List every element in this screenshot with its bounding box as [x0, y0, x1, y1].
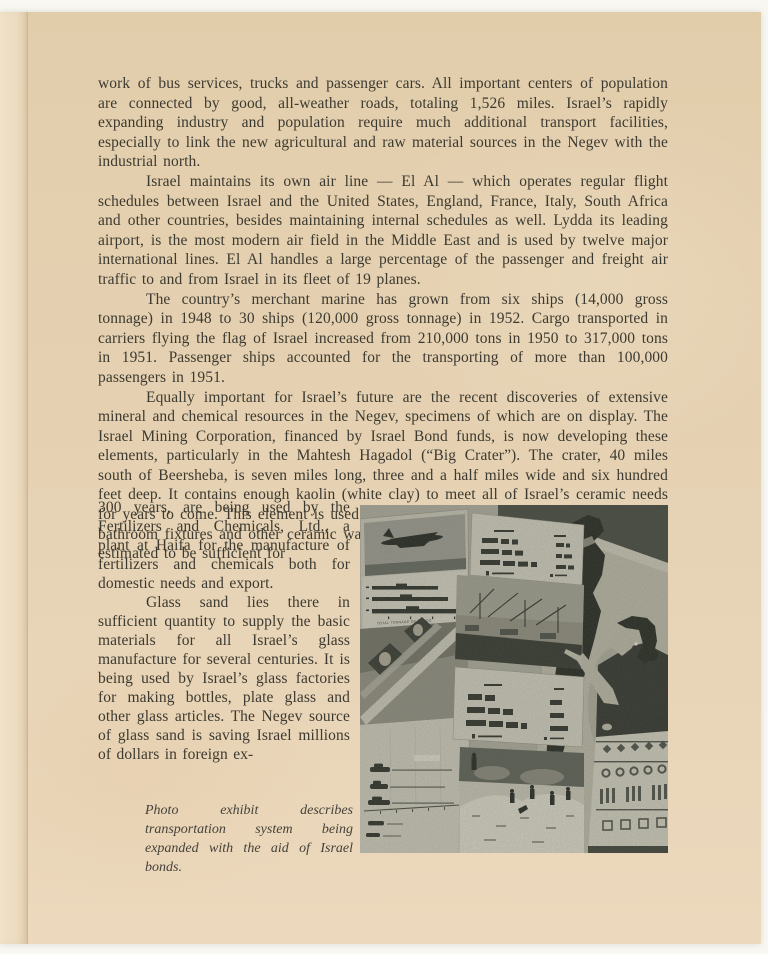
paragraph-fertilizers: 300 years, are being used by the Fertili… — [98, 498, 350, 593]
scanned-booklet-page: { "page": { "paragraphs_full": [ "work o… — [0, 0, 768, 954]
photo-caption: Photo exhibit describes transportation s… — [145, 801, 353, 877]
paragraph-glass-sand: Glass sand lies there in sufficient quan… — [98, 593, 350, 764]
exhibit-photo: TOTAL TONNAGE OF CARGO — [360, 505, 668, 853]
wrap-text-block: 300 years, are being used by the Fertili… — [98, 498, 350, 764]
paragraph-roads: work of bus services, trucks and passeng… — [98, 74, 668, 172]
paragraph-merchant-marine: The country’s merchant marine has grown … — [98, 290, 668, 388]
paragraph-airline: Israel maintains its own air line — El A… — [98, 172, 668, 290]
body-text-block: work of bus services, trucks and passeng… — [98, 74, 668, 564]
page-binding-edge — [0, 12, 28, 944]
